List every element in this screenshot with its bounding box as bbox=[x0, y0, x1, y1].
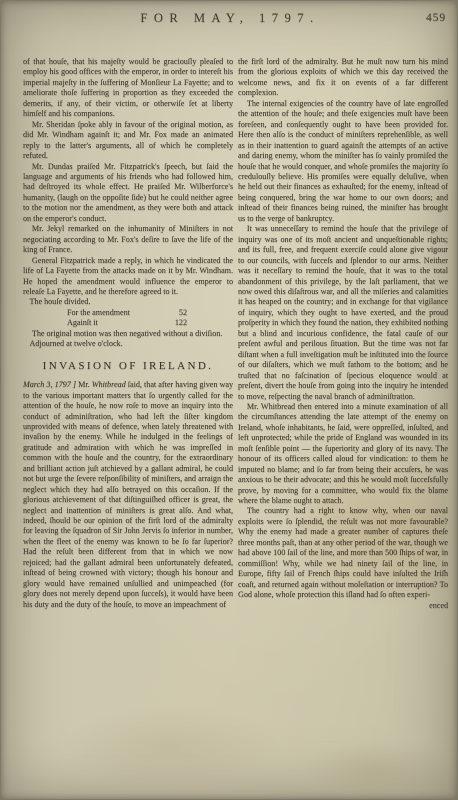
division-votes: 52 bbox=[179, 308, 187, 318]
division-row: For the amendment 52 bbox=[67, 308, 187, 318]
division-row: Againſt it 122 bbox=[67, 318, 187, 328]
paragraph: The original motion was then negatived w… bbox=[23, 329, 233, 339]
paragraph: Mr. Jekyl remarked on the inhumanity of … bbox=[23, 224, 233, 255]
paragraph: Mr. Dundas praiſed Mr. Fitzpatrick's ſpe… bbox=[23, 162, 233, 225]
paragraph: March 3, 1797 ] Mr. Whitbread ſaid, that… bbox=[23, 380, 233, 610]
division-votes: 122 bbox=[175, 318, 187, 328]
right-column: the firſt lord of the admiralty. But he … bbox=[238, 57, 448, 787]
speech-text: ſaid, that after having given way to the… bbox=[23, 380, 233, 609]
house-divided-line: The houſe divided. bbox=[23, 297, 233, 307]
running-title: FOR MAY, 1797. bbox=[1, 11, 458, 26]
dateline: March 3, 1797 ] bbox=[23, 380, 78, 389]
paragraph: the firſt lord of the admiralty. But he … bbox=[238, 57, 448, 99]
paragraph: The country had a right to know why, whe… bbox=[238, 506, 448, 600]
page-number: 459 bbox=[426, 12, 446, 24]
paragraph: Mr. Whitbread then entered into a minute… bbox=[238, 402, 448, 507]
paragraph: It was unneceſſary to remind the houſe t… bbox=[238, 224, 448, 402]
division-label: For the amendment bbox=[67, 308, 130, 318]
division-label: Againſt it bbox=[67, 318, 98, 328]
paragraph: of that houſe, that his majeſty would be… bbox=[23, 57, 233, 120]
speaker-name: Whitbread bbox=[92, 380, 126, 389]
adjourned-line: Adjourned at twelve o'clock. bbox=[23, 339, 233, 349]
catchword: enced bbox=[238, 601, 448, 611]
page: FOR MAY, 1797. 459 of that houſe, that h… bbox=[0, 0, 458, 800]
speaker-prefix: Mr. bbox=[78, 380, 92, 389]
section-heading: INVASION OF IRELAND. bbox=[23, 361, 233, 371]
left-column: of that houſe, that his majeſty would be… bbox=[23, 57, 233, 787]
paragraph: Mr. Sheridan ſpoke ably in favour of the… bbox=[23, 120, 233, 162]
page-header: FOR MAY, 1797. 459 bbox=[1, 11, 458, 33]
paragraph: The internal exigencies of the country h… bbox=[238, 99, 448, 224]
paragraph: General Fitzpatrick made a reply, in whi… bbox=[23, 256, 233, 298]
